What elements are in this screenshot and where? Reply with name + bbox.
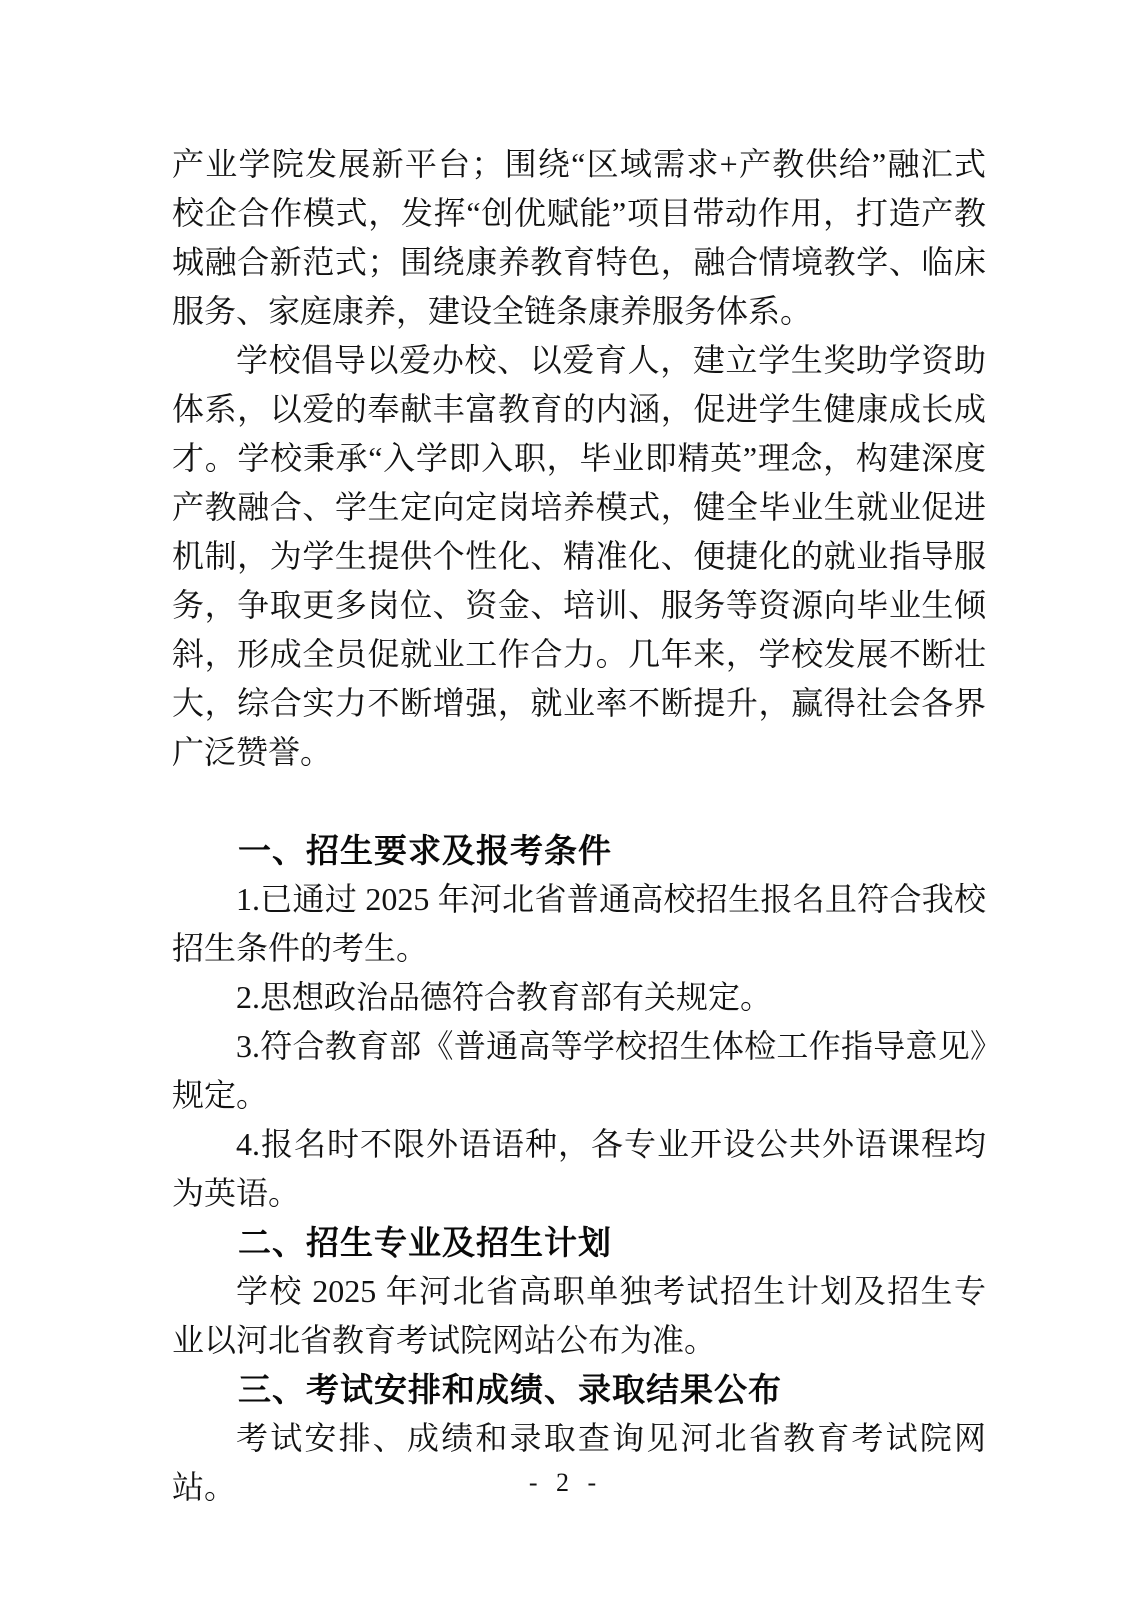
paragraph: 产业学院发展新平台；围绕“区域需求+产教供给”融汇式校企合作模式，发挥“创优赋能…: [172, 140, 986, 336]
document-page: 产业学院发展新平台；围绕“区域需求+产教供给”融汇式校企合作模式，发挥“创优赋能…: [0, 0, 1131, 1600]
page-number: - 2 -: [0, 1468, 1131, 1498]
section-heading: 二、招生专业及招生计划: [172, 1218, 986, 1267]
paragraph: 4.报名时不限外语语种，各专业开设公共外语课程均为英语。: [172, 1120, 986, 1218]
paragraph: 1.已通过 2025 年河北省普通高校招生报名且符合我校招生条件的考生。: [172, 875, 986, 973]
paragraph: 3.符合教育部《普通高等学校招生体检工作指导意见》规定。: [172, 1022, 986, 1120]
paragraph: 学校 2025 年河北省高职单独考试招生计划及招生专业以河北省教育考试院网站公布…: [172, 1267, 986, 1365]
paragraph: 2.思想政治品德符合教育部有关规定。: [172, 973, 986, 1022]
section-heading: 三、考试安排和成绩、录取结果公布: [172, 1365, 986, 1414]
paragraph: 学校倡导以爱办校、以爱育人，建立学生奖助学资助体系，以爱的奉献丰富教育的内涵，促…: [172, 336, 986, 777]
document-body: 产业学院发展新平台；围绕“区域需求+产教供给”融汇式校企合作模式，发挥“创优赋能…: [172, 140, 986, 1512]
section-heading: 一、招生要求及报考条件: [172, 826, 986, 875]
